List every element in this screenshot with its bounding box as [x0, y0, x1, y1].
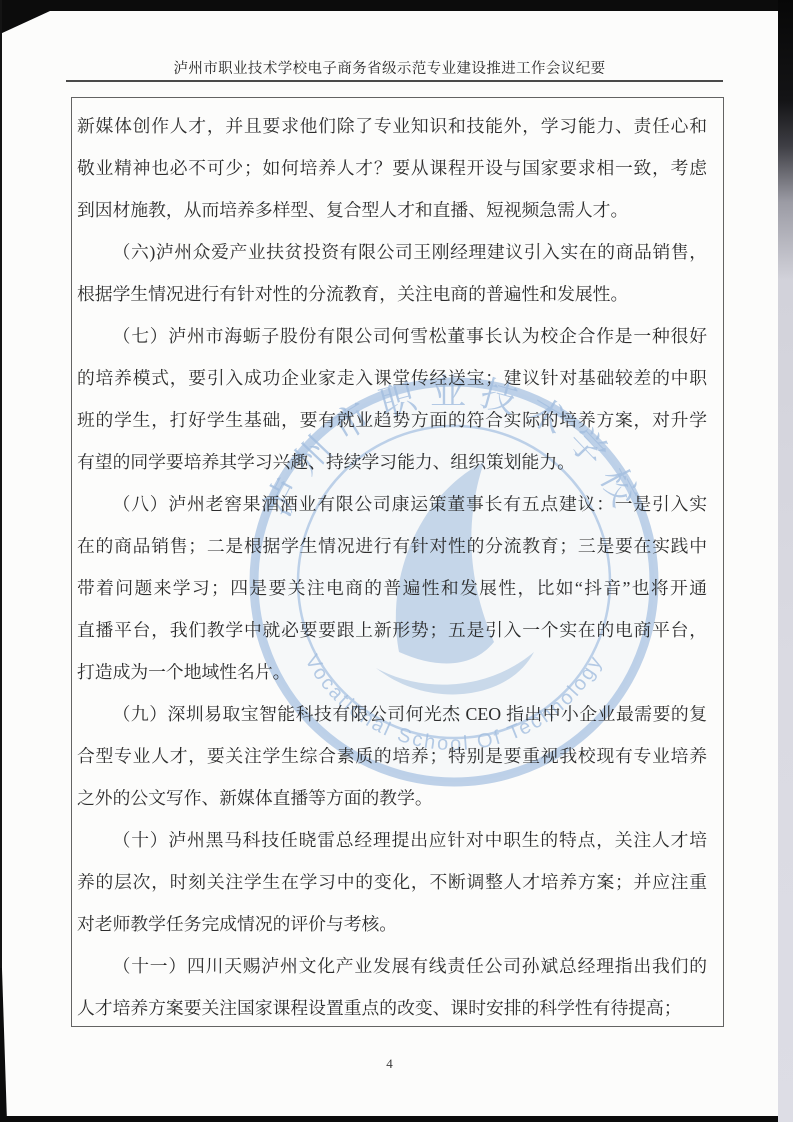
- text-line: （八）泸州老窖果酒酒业有限公司康运策董事长有五点建议：一是引入实: [77, 483, 707, 525]
- text-line: 直播平台，我们教学中就必要要跟上新形势；五是引入一个实在的电商平台，: [77, 609, 707, 651]
- text-line: 班的学生，打好学生基础，要有就业趋势方面的符合实际的培养方案，对升学: [77, 399, 707, 441]
- scanned-page: 泸州市职业技术学校 Vocational School Of Technolog…: [0, 0, 793, 1122]
- text-line: 有望的同学要培养其学习兴趣、持续学习能力、组织策划能力。: [77, 441, 707, 483]
- scan-edge-right: [778, 0, 793, 1122]
- text-line: 对老师教学任务完成情况的评价与考核。: [77, 903, 707, 945]
- page-header-title: 泸州市职业技术学校电子商务省级示范专业建设推进工作会议纪要: [0, 57, 779, 78]
- text-line: （九）深圳易取宝智能科技有限公司何光杰 CEO 指出中小企业最需要的复: [77, 693, 707, 735]
- text-line: （七）泸州市海蛎子股份有限公司何雪松董事长认为校企合作是一种很好: [77, 315, 707, 357]
- text-line: 合型专业人才，要关注学生综合素质的培养；特别是要重视我校现有专业培养: [77, 735, 707, 777]
- text-line: 带着问题来学习；四是要关注电商的普遍性和发展性，比如“抖音”也将开通: [77, 567, 707, 609]
- text-line: 根据学生情况进行有针对性的分流教育，关注电商的普遍性和发展性。: [77, 273, 707, 315]
- text-line: 养的层次，时刻关注学生在学习中的变化，不断调整人才培养方案；并应注重: [77, 861, 707, 903]
- text-line: （十一）四川天赐泸州文化产业发展有线责任公司孙斌总经理指出我们的: [77, 945, 707, 987]
- text-line: 敬业精神也必不可少；如何培养人才？要从课程开设与国家要求相一致，考虑: [77, 147, 707, 189]
- text-line: 人才培养方案要关注国家课程设置重点的改变、课时安排的科学性有待提高；: [77, 987, 707, 1029]
- text-line: （十）泸州黑马科技任晓雷总经理提出应针对中职生的特点，关注人才培: [77, 819, 707, 861]
- scan-edge-left: [0, 0, 2, 1122]
- text-line: 打造成为一个地域性名片。: [77, 651, 707, 693]
- document-body: 新媒体创作人才，并且要求他们除了专业知识和技能外，学习能力、责任心和敬业精神也必…: [71, 97, 724, 1027]
- scan-edge-bottom: [0, 1116, 779, 1122]
- scan-edge-bottom-left: [0, 968, 7, 1122]
- page-number: 4: [0, 1056, 779, 1072]
- text-line: 新媒体创作人才，并且要求他们除了专业知识和技能外，学习能力、责任心和: [77, 105, 707, 147]
- text-line: 在的商品销售；二是根据学生情况进行有针对性的分流教育；三是要在实践中: [77, 525, 707, 567]
- header-rule: [66, 80, 723, 82]
- scan-edge-top: [0, 0, 793, 11]
- text-line: （六)泸州众爱产业扶贫投资有限公司王刚经理建议引入实在的商品销售，: [77, 231, 707, 273]
- scan-edge-top-left-corner: [0, 11, 50, 34]
- text-line: 的培养模式，要引入成功企业家走入课堂传经送宝；建议针对基础较差的中职: [77, 357, 707, 399]
- text-line: 之外的公文写作、新媒体直播等方面的教学。: [77, 777, 707, 819]
- text-line: 到因材施教，从而培养多样型、复合型人才和直播、短视频急需人才。: [77, 189, 707, 231]
